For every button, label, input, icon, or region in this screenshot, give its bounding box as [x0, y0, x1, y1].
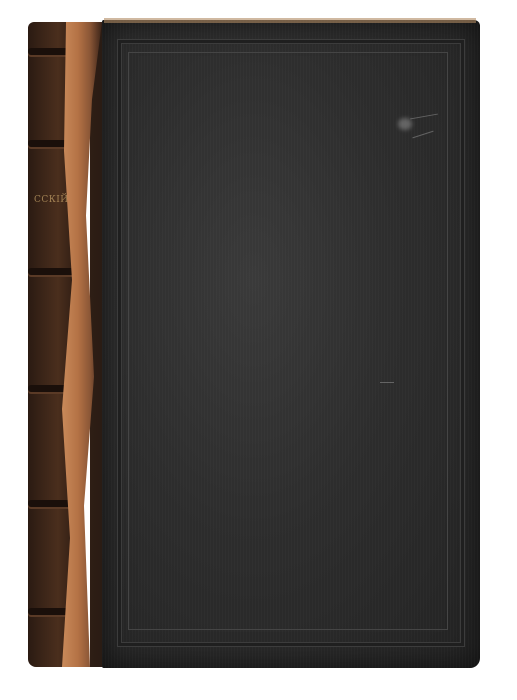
cover-scuff	[398, 118, 412, 130]
book-photo: ССКІЙ	[0, 0, 517, 700]
spine-band	[28, 268, 76, 275]
cover-inner-frame	[128, 52, 448, 630]
spine-title: ССКІЙ	[34, 195, 70, 205]
cover-scratch	[380, 382, 394, 383]
cover-top-edge	[104, 18, 476, 23]
